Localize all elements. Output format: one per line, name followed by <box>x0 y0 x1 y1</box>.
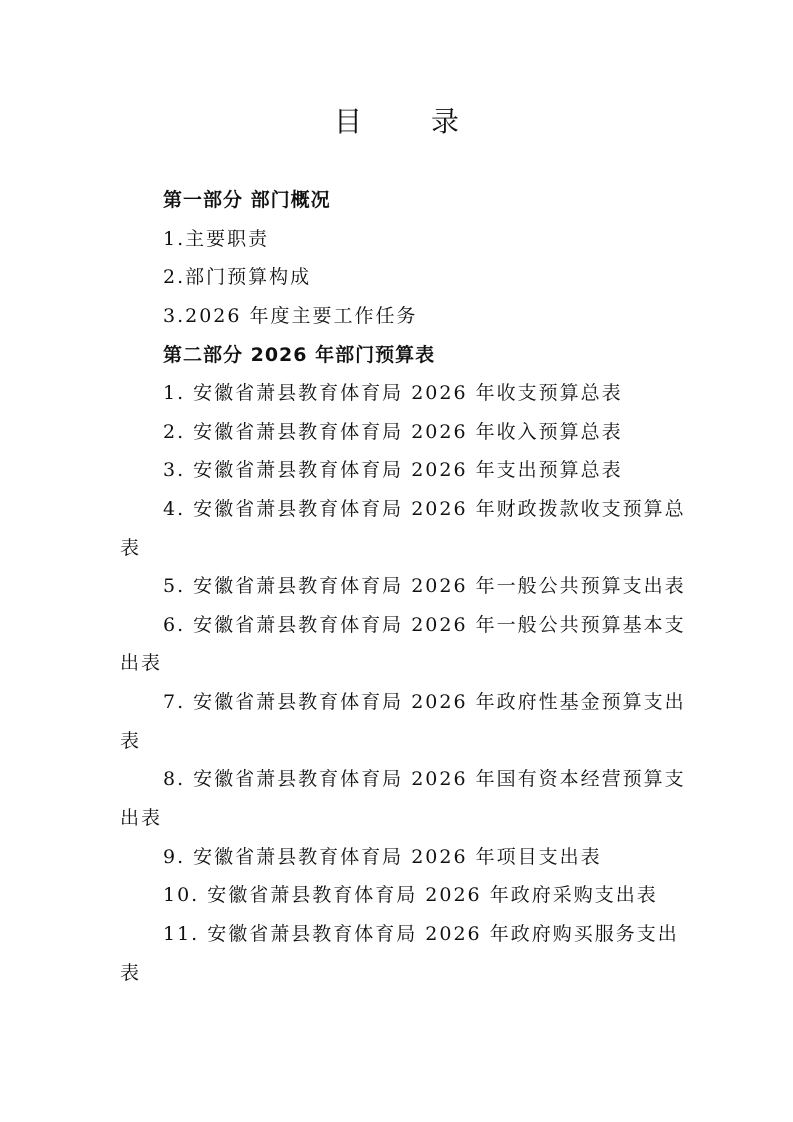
toc-item: 10. 安徽省萧县教育体育局 2026 年政府采购支出表 <box>163 883 658 907</box>
part1-heading: 第一部分 部门概况 <box>163 188 331 212</box>
toc-item: 1.主要职责 <box>163 227 269 251</box>
toc-item-continuation: 表 <box>120 536 141 560</box>
toc-item: 7. 安徽省萧县教育体育局 2026 年政府性基金预算支出 <box>163 690 686 714</box>
part2-heading: 第二部分 2026 年部门预算表 <box>163 343 435 367</box>
toc-item: 2. 安徽省萧县教育体育局 2026 年收入预算总表 <box>163 420 623 444</box>
toc-item: 3. 安徽省萧县教育体育局 2026 年支出预算总表 <box>163 458 623 482</box>
toc-item-continuation: 表 <box>120 729 141 753</box>
toc-item: 9. 安徽省萧县教育体育局 2026 年项目支出表 <box>163 845 602 869</box>
toc-item-continuation: 出表 <box>120 806 162 830</box>
toc-item: 6. 安徽省萧县教育体育局 2026 年一般公共预算基本支 <box>163 613 686 637</box>
toc-item: 3.2026 年度主要工作任务 <box>163 304 418 328</box>
page-title: 目 录 <box>0 100 793 140</box>
toc-item: 2.部门预算构成 <box>163 265 311 289</box>
toc-item-continuation: 表 <box>120 961 141 985</box>
toc-item-continuation: 出表 <box>120 651 162 675</box>
toc-item: 4. 安徽省萧县教育体育局 2026 年财政拨款收支预算总 <box>163 497 686 521</box>
toc-item: 11. 安徽省萧县教育体育局 2026 年政府购买服务支出 <box>163 922 679 946</box>
toc-item: 8. 安徽省萧县教育体育局 2026 年国有资本经营预算支 <box>163 767 686 791</box>
toc-item: 5. 安徽省萧县教育体育局 2026 年一般公共预算支出表 <box>163 574 686 598</box>
toc-item: 1. 安徽省萧县教育体育局 2026 年收支预算总表 <box>163 381 623 405</box>
